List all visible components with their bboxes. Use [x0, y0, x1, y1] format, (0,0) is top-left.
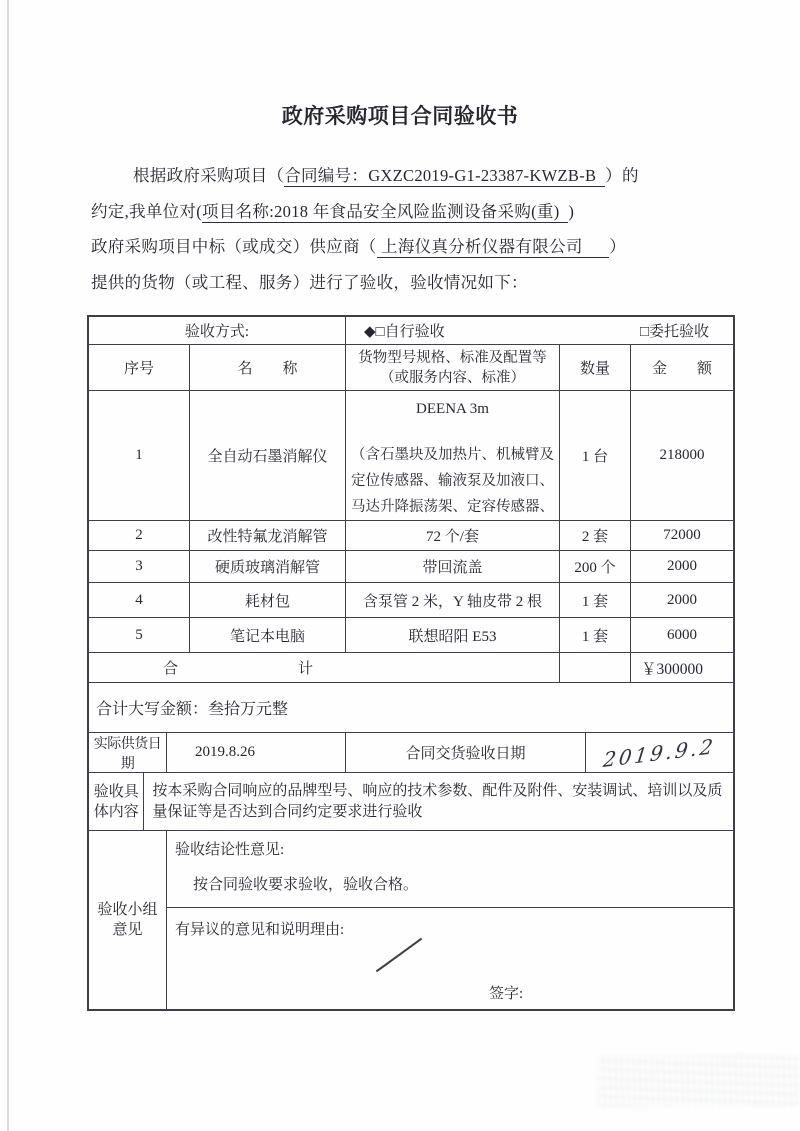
handwritten-date: 2019.9.2	[602, 733, 717, 771]
row-total: 合 计 ￥300000	[89, 652, 733, 682]
delegated-acceptance-checkbox: □委托验收	[640, 320, 709, 341]
item-1-spec: DEENA 3m （含石墨块及加热片、机械臂及定位传感器、输液泵及加液口、马达升…	[345, 391, 559, 520]
acceptance-method-label: 验收方式:	[89, 317, 345, 344]
project-name-underlined: 项目名称:2018 年食品安全风险监测设备采购(重)	[202, 202, 568, 223]
objection-title: 有异议的意见和说明理由:	[175, 918, 725, 939]
intro-line-3: 政府采购项目中标（或成交）供应商（ 上海仪真分析仪器有限公司 ）	[91, 229, 721, 265]
item-2-spec: 72 个/套	[345, 521, 559, 550]
contract-acceptance-date-handwritten: 2019.9.2	[585, 733, 733, 772]
table-row-item-4: 4 耗材包 含泵管 2 米，Y 轴皮带 2 根 1 套 2000	[89, 582, 733, 617]
self-acceptance-checkbox: ◆□自行验收	[364, 320, 445, 341]
table-row-item-2: 2 改性特氟龙消解管 72 个/套 2 套 72000	[89, 520, 733, 550]
row-acceptance-method: 验收方式: ◆□自行验收 □委托验收	[89, 317, 733, 344]
conclusion-title: 验收结论性意见:	[175, 839, 725, 861]
header-qty: 数量	[559, 345, 630, 390]
item-5-amount: 6000	[630, 618, 733, 652]
table-row-item-5: 5 笔记本电脑 联想昭阳 E53 1 套 6000	[89, 617, 733, 652]
total-qty-empty	[559, 653, 630, 682]
total-label: 合 计	[89, 653, 559, 682]
item-1-spec-model: DEENA 3m	[416, 401, 489, 418]
acceptance-panel-label: 验收小组意见	[89, 831, 166, 1009]
item-5-no: 5	[89, 618, 189, 652]
item-1-qty: 1 台	[559, 391, 630, 520]
table-row-item-3: 3 硬质玻璃消解管 带回流盖 200 个 2000	[89, 550, 733, 582]
acceptance-method-options: ◆□自行验收 □委托验收	[345, 317, 733, 344]
actual-delivery-value: 2019.8.26	[166, 733, 345, 772]
item-5-spec: 联想昭阳 E53	[345, 618, 559, 652]
row-acceptance-detail: 验收具体内容 按本采购合同响应的品牌型号、响应的技术参数、配件及附件、安装调试、…	[89, 772, 733, 830]
item-5-name: 笔记本电脑	[189, 618, 345, 652]
handwritten-slash-mark	[376, 938, 422, 973]
header-name: 名 称	[189, 345, 345, 390]
intro-line-4: 提供的货物（或工程、服务）进行了验收，验收情况如下：	[91, 265, 721, 301]
item-1-name: 全自动石墨消解仪	[189, 391, 345, 520]
acceptance-detail-content: 按本采购合同响应的品牌型号、响应的技术参数、配件及附件、安装调试、培训以及质量保…	[143, 773, 733, 830]
item-4-amount: 2000	[630, 583, 733, 617]
total-amount: ￥300000	[630, 653, 733, 682]
conclusion-text: 按合同验收要求验收，验收合格。	[175, 873, 725, 894]
row-total-in-words: 合计大写金额：叁拾万元整	[89, 682, 733, 732]
acceptance-panel-content: 验收结论性意见: 按合同验收要求验收，验收合格。 有异议的意见和说明理由: 签字…	[166, 831, 733, 1009]
intro-line-2: 约定,我单位对(项目名称:2018 年食品安全风险监测设备采购(重) )	[91, 194, 721, 230]
item-4-spec: 含泵管 2 米，Y 轴皮带 2 根	[345, 583, 559, 617]
item-1-spec-detail: （含石墨块及加热片、机械臂及定位传感器、输液泵及加液口、马达升降振荡架、定容传感…	[350, 442, 556, 520]
document-title: 政府采购项目合同验收书	[0, 100, 800, 130]
item-2-no: 2	[89, 521, 189, 550]
header-amount: 金 额	[630, 345, 733, 390]
bleed-through-artifact	[598, 1055, 798, 1107]
item-2-name: 改性特氟龙消解管	[189, 521, 345, 550]
item-4-qty: 1 套	[559, 583, 630, 617]
row-column-headers: 序号 名 称 货物型号规格、标准及配置等 （或服务内容、标准） 数量 金 额	[89, 344, 733, 390]
item-5-qty: 1 套	[559, 618, 630, 652]
contract-number-underlined: 合同编号：GXZC2019-G1-23387-KWZB-B	[284, 166, 605, 187]
actual-delivery-label: 实际供货日期	[89, 733, 166, 772]
scan-edge-artifact	[7, 0, 9, 1131]
total-in-words: 合计大写金额：叁拾万元整	[89, 683, 733, 732]
item-1-amount: 218000	[630, 391, 733, 520]
acceptance-detail-label: 验收具体内容	[89, 773, 143, 830]
item-3-qty: 200 个	[559, 551, 630, 582]
item-2-amount: 72000	[630, 521, 733, 550]
conclusion-section: 验收结论性意见: 按合同验收要求验收，验收合格。	[167, 831, 733, 908]
scanned-document-page: 政府采购项目合同验收书 根据政府采购项目（合同编号：GXZC2019-G1-23…	[0, 0, 800, 1131]
item-3-name: 硬质玻璃消解管	[189, 551, 345, 582]
header-spec: 货物型号规格、标准及配置等 （或服务内容、标准）	[345, 345, 559, 390]
item-3-amount: 2000	[630, 551, 733, 582]
item-2-qty: 2 套	[559, 521, 630, 550]
objection-section: 有异议的意见和说明理由: 签字:	[167, 908, 733, 1009]
supplier-name-underlined: 上海仪真分析仪器有限公司	[377, 237, 610, 258]
row-acceptance-panel: 验收小组意见 验收结论性意见: 按合同验收要求验收，验收合格。 有异议的意见和说…	[89, 830, 733, 1009]
item-3-spec: 带回流盖	[345, 551, 559, 582]
item-1-no: 1	[89, 391, 189, 520]
row-delivery-dates: 实际供货日期 2019.8.26 合同交货验收日期 2019.9.2	[89, 732, 733, 772]
item-3-no: 3	[89, 551, 189, 582]
contract-acceptance-date-label: 合同交货验收日期	[345, 733, 585, 772]
item-4-name: 耗材包	[189, 583, 345, 617]
intro-line-1: 根据政府采购项目（合同编号：GXZC2019-G1-23387-KWZB-B ）…	[91, 158, 721, 194]
acceptance-table: 验收方式: ◆□自行验收 □委托验收 序号 名 称 货物型号规格、标准及配置等 …	[87, 315, 735, 1011]
item-4-no: 4	[89, 583, 189, 617]
intro-paragraph: 根据政府采购项目（合同编号：GXZC2019-G1-23387-KWZB-B ）…	[91, 158, 721, 300]
header-no: 序号	[89, 345, 189, 390]
table-row-item-1: 1 全自动石墨消解仪 DEENA 3m （含石墨块及加热片、机械臂及定位传感器、…	[89, 390, 733, 520]
signature-label: 签字:	[489, 982, 523, 1003]
